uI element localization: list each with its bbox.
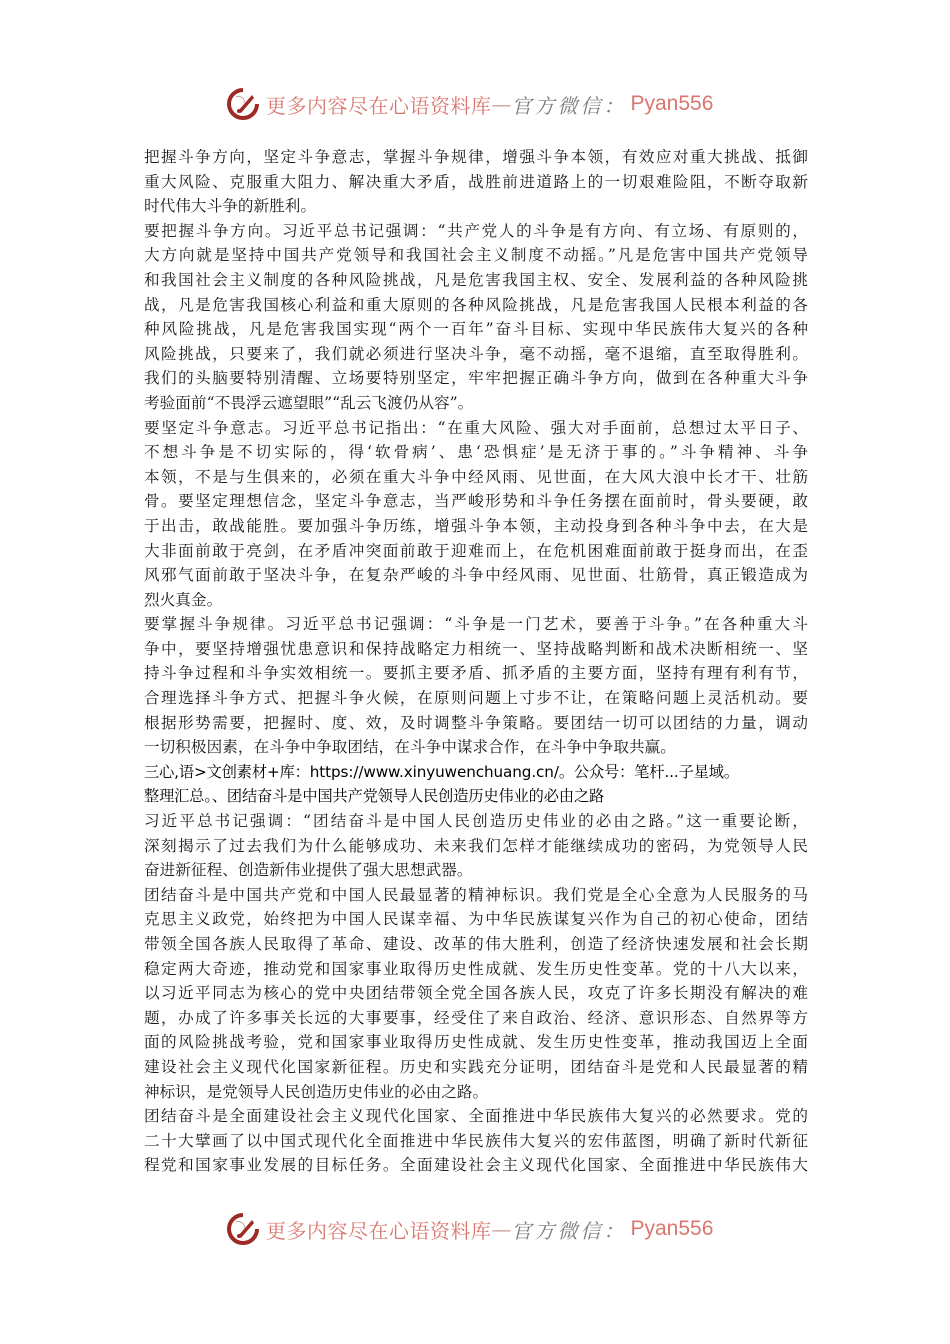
paragraph-line: 二十大擘画了以中国式现代化全面推进中华民族伟大复兴的宏伟蓝图，明确了新时代新征 (144, 1129, 808, 1154)
paragraph-line: 持斗争过程和斗争实效相统一。要抓主要矛盾、抓矛盾的主要方面，坚持有理有利有节， (144, 661, 808, 686)
paragraph-line: 神标识，是党领导人民创造历史伟业的必由之路。 (144, 1080, 808, 1105)
paragraph-line: 不想斗争是不切实际的，得‘软骨病’、患‘恐惧症’是无济于事的。”斗争精神、斗争 (144, 440, 808, 465)
paragraph-line: 战，凡是危害我国核心利益和重大原则的各种风险挑战，凡是危害我国人民根本利益的各 (144, 293, 808, 318)
banner-dash: — (492, 1217, 512, 1241)
quill-pen-logo-icon (226, 1212, 260, 1246)
paragraph-line: 团结奋斗是中国共产党和中国人民最显著的精神标识。我们党是全心全意为人民服务的马 (144, 883, 808, 908)
paragraph-line: 和我国社会主义制度的各种风险挑战，凡是危害我国主权、安全、发展利益的各种风险挑 (144, 268, 808, 293)
document-body: 把握斗争方向，坚定斗争意志，掌握斗争规律，增强斗争本领，有效应对重大挑战、抵御重… (144, 145, 808, 1178)
paragraph-line: 于出击，敢战能胜。要加强斗争历练，增强斗争本领，主动投身到各种斗争中去，在大是 (144, 514, 808, 539)
paragraph-line: 一切积极因素，在斗争中争取团结，在斗争中谋求合作，在斗争中争取共赢。 (144, 735, 808, 760)
banner-wechat-id: Pyan556 (631, 1217, 714, 1241)
paragraph-line: 风险挑战，只要来了，我们就必须进行坚决斗争，毫不动摇，毫不退缩，直至取得胜利。 (144, 342, 808, 367)
watermark-text-line: 整理汇总。、团结奋斗是中国共产党领导人民创造历史伟业的必由之路 (144, 784, 808, 809)
paragraph-line: 把握斗争方向，坚定斗争意志，掌握斗争规律，增强斗争本领，有效应对重大挑战、抵御 (144, 145, 808, 170)
banner-title: 更多内容尽在心语资料库 (266, 90, 492, 119)
paragraph-line: 本领，不是与生俱来的，必须在重大斗争中经风雨、见世面，在大风大浪中长才干、壮筋 (144, 465, 808, 490)
header-banner: 更多内容尽在心语资料库 — 官方微信： Pyan556 (226, 84, 713, 124)
paragraph-line: 合理选择斗争方式、把握斗争火候，在原则问题上寸步不让，在策略问题上灵活机动。要 (144, 686, 808, 711)
banner-wechat-label: 官方微信： (512, 1215, 627, 1244)
paragraph-line: 习近平总书记强调：“团结奋斗是中国人民创造历史伟业的必由之路。”这一重要论断， (144, 809, 808, 834)
banner-wechat-id: Pyan556 (631, 92, 714, 116)
paragraph-line: 烈火真金。 (144, 588, 808, 613)
paragraph-line: 程党和国家事业发展的目标任务。全面建设社会主义现代化国家、全面推进中华民族伟大 (144, 1153, 808, 1178)
paragraph-line: 我们的头脑要特别清醒、立场要特别坚定，牢牢把握正确斗争方向，做到在各种重大斗争 (144, 366, 808, 391)
paragraph-line: 要坚定斗争意志。习近平总书记指出：“在重大风险、强大对手面前，总想过太平日子、 (144, 416, 808, 441)
paragraph-line: 深刻揭示了过去我们为什么能够成功、未来我们怎样才能继续成功的密码，为党领导人民 (144, 834, 808, 859)
paragraph-line: 要把握斗争方向。习近平总书记强调：“共产党人的斗争是有方向、有立场、有原则的， (144, 219, 808, 244)
paragraph-line: 时代伟大斗争的新胜利。 (144, 194, 808, 219)
paragraph-line: 重大风险、克服重大阻力、解决重大矛盾，战胜前进道路上的一切艰难险阻，不断夺取新 (144, 170, 808, 195)
watermark-text-line: 三心,语>文创素材+库：https://www.xinyuwenchuang.c… (144, 760, 808, 785)
paragraph-line: 建设社会主义现代化国家新征程。历史和实践充分证明，团结奋斗是党和人民最显著的精 (144, 1055, 808, 1080)
paragraph-line: 带领全国各族人民取得了革命、建设、改革的伟大胜利，创造了经济快速发展和社会长期 (144, 932, 808, 957)
paragraph-line: 大方向就是坚持中国共产党领导和我国社会主义制度不动摇。”凡是危害中国共产党领导 (144, 243, 808, 268)
banner-wechat-label: 官方微信： (512, 90, 627, 119)
paragraph-line: 根据形势需要，把握时、度、效，及时调整斗争策略。要团结一切可以团结的力量，调动 (144, 711, 808, 736)
paragraph-line: 种风险挑战，凡是危害我国实现“两个一百年”奋斗目标、实现中华民族伟大复兴的各种 (144, 317, 808, 342)
paragraph-line: 稳定两大奇迹，推动党和国家事业取得历史性成就、发生历史性变革。党的十八大以来， (144, 957, 808, 982)
banner-dash: — (492, 92, 512, 116)
paragraph-line: 面的风险挑战考验，党和国家事业取得历史性成就、发生历史性变革，推动我国迈上全面 (144, 1030, 808, 1055)
paragraph-line: 克思主义政党，始终把为中国人民谋幸福、为中华民族谋复兴作为自己的初心使命，团结 (144, 907, 808, 932)
paragraph-line: 考验面前“不畏浮云遮望眼”“乱云飞渡仍从容”。 (144, 391, 808, 416)
paragraph-line: 争中，要坚持增强忧患意识和保持战略定力相统一、坚持战略判断和战术决断相统一、坚 (144, 637, 808, 662)
paragraph-line: 题，办成了许多事关长远的大事要事，经受住了来自政治、经济、意识形态、自然界等方 (144, 1006, 808, 1031)
quill-pen-logo-icon (226, 87, 260, 121)
banner-title: 更多内容尽在心语资料库 (266, 1215, 492, 1244)
paragraph-line: 团结奋斗是全面建设社会主义现代化国家、全面推进中华民族伟大复兴的必然要求。党的 (144, 1104, 808, 1129)
paragraph-line: 骨。要坚定理想信念，坚定斗争意志，当严峻形势和斗争任务摆在面前时，骨头要硬，敢 (144, 489, 808, 514)
paragraph-line: 大非面前敢于亮剑，在矛盾冲突面前敢于迎难而上，在危机困难面前敢于挺身而出，在歪 (144, 539, 808, 564)
paragraph-line: 以习近平同志为核心的党中央团结带领全党全国各族人民，攻克了许多长期没有解决的难 (144, 981, 808, 1006)
paragraph-line: 要掌握斗争规律。习近平总书记强调：“斗争是一门艺术，要善于斗争。”在各种重大斗 (144, 612, 808, 637)
footer-banner: 更多内容尽在心语资料库 — 官方微信： Pyan556 (226, 1209, 713, 1249)
paragraph-line: 风邪气面前敢于坚决斗争，在复杂严峻的斗争中经风雨、见世面、壮筋骨，真正锻造成为 (144, 563, 808, 588)
paragraph-line: 奋进新征程、创造新伟业提供了强大思想武器。 (144, 858, 808, 883)
